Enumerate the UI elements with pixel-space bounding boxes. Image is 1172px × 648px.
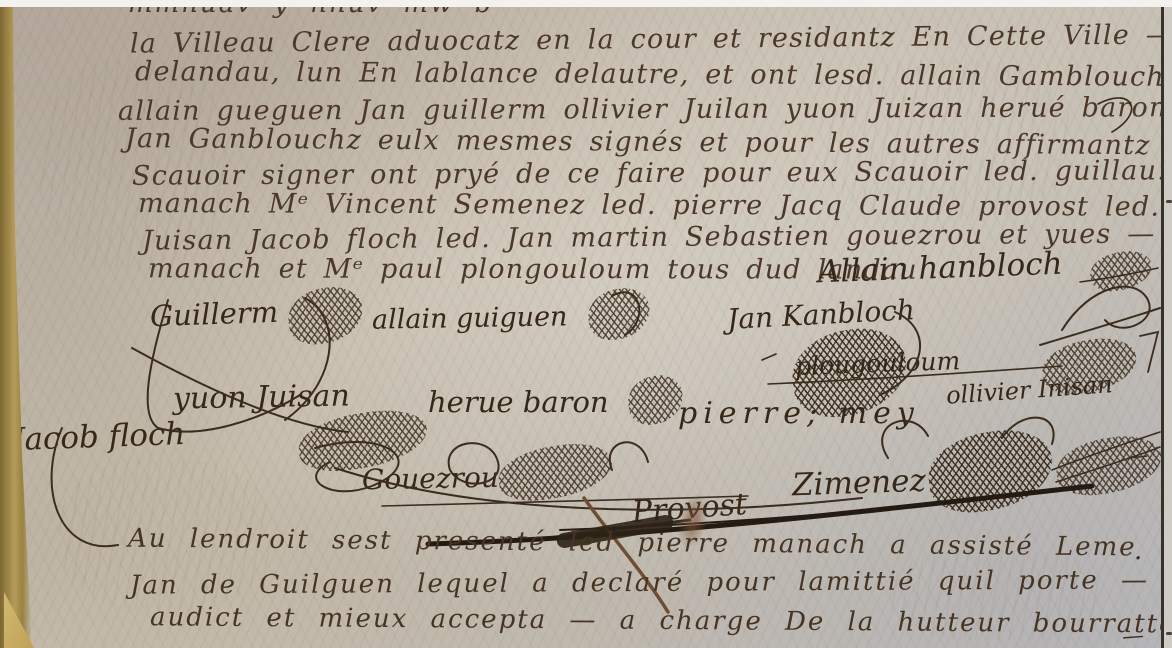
signature: Guillerm [149,295,278,333]
signature: yuon Juisan [173,378,350,416]
margin-dot: · [1134,544,1142,574]
signature: Gouezrou [362,461,499,496]
manuscript-scan: mmnuav y nnuv mw b la Villeau Clere aduo… [0,0,1172,648]
body-line-6: manach Mᵉ Vincent Semenez led. pierre Ja… [138,188,1172,223]
signature: herue baron [428,385,609,419]
clipped-top-line: mmnuav y nnuv mw b [0,7,1160,21]
body-line-8: manach et Mᵉ paul plongouloum tous dud l… [148,253,918,285]
body-line-2: delandau, lun En lablance delautre, et o… [135,56,1165,92]
page-edge-mark [1166,632,1172,635]
body-line-5: Scauoir signer ont pryé de ce faire pour… [132,155,1167,191]
scan-margin-top [0,0,1172,7]
margin-dash: — [1121,623,1145,648]
bottom-line-2: Jan de Guilguen lequel a declaré pour la… [130,565,1149,600]
adjacent-page-strip [1164,7,1172,648]
signature: Jacob floch [11,416,185,458]
signature: Zimenez [791,463,926,504]
margin-dash: — [1125,443,1149,470]
page-edge-mark [1166,200,1172,203]
signature: allain guiguen [372,301,568,335]
partial-text: mmnuav y nnuv mw b [128,7,493,19]
body-line-3: allain gueguen Jan guillerm ollivier Jui… [118,92,1172,127]
